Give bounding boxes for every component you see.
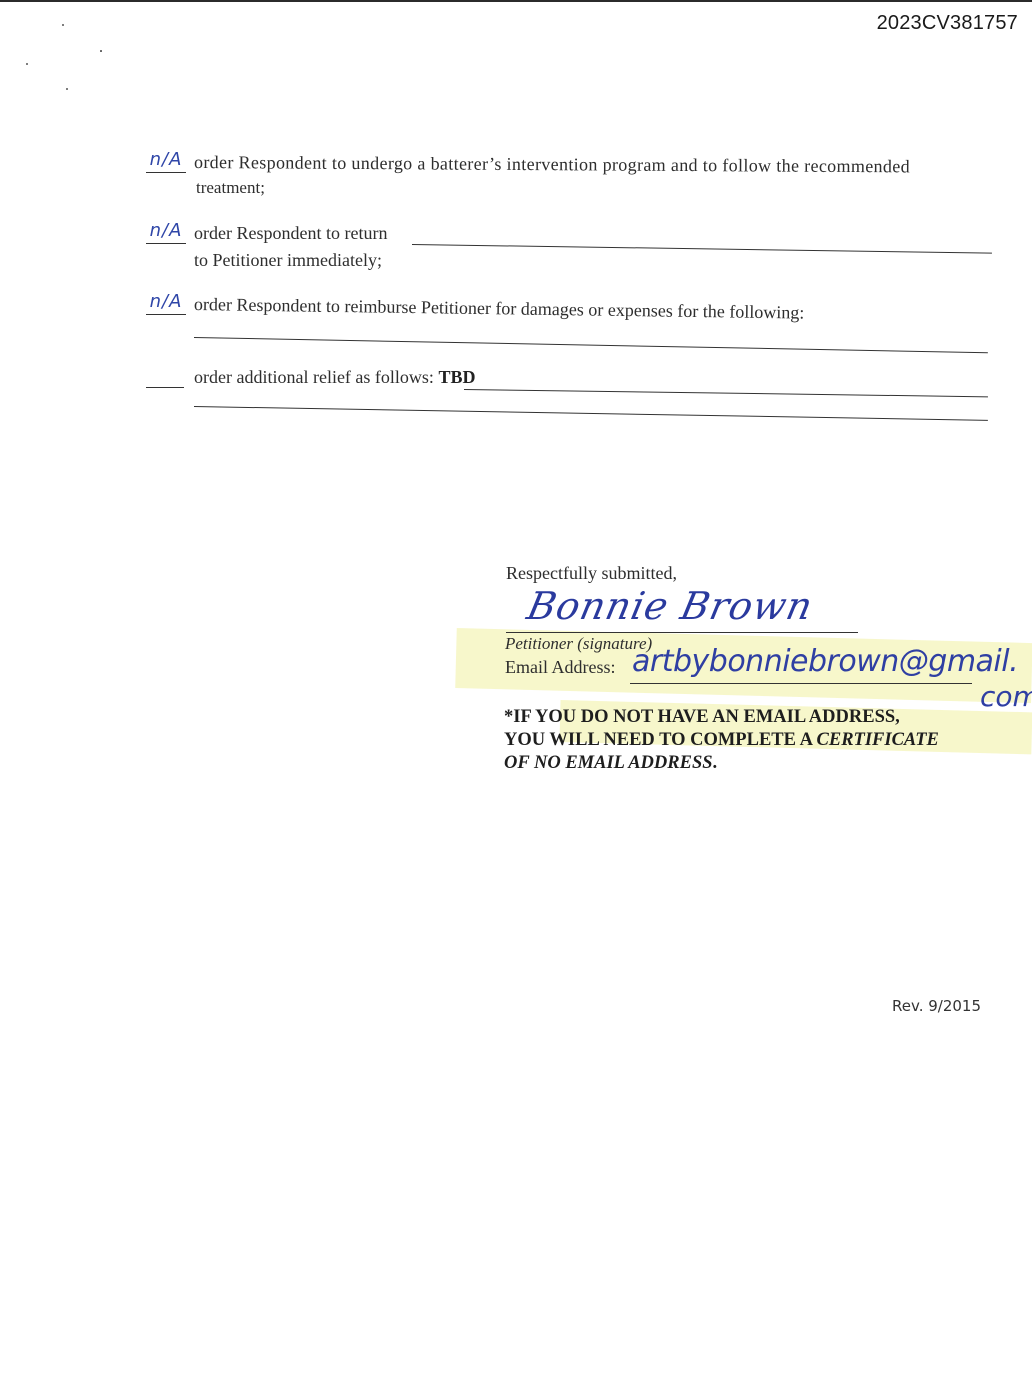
- notice-period: .: [713, 753, 718, 773]
- closing-text: Respectfully submitted,: [506, 563, 677, 584]
- item-text-line1: order additional relief as follows: TBD: [194, 365, 475, 389]
- signature: Bonnie Brown: [523, 584, 817, 628]
- revision-label: Rev. 9/2015: [892, 997, 981, 1015]
- return-item-blank-line: [412, 244, 992, 254]
- email-label: Email Address:: [505, 657, 616, 678]
- signature-line: [506, 632, 858, 633]
- scan-speck: [26, 63, 28, 65]
- additional-relief-line-1: [464, 389, 988, 397]
- notice-line-1: *IF YOU DO NOT HAVE AN EMAIL ADDRESS,: [504, 706, 939, 729]
- additional-relief-value: TBD: [438, 367, 475, 387]
- certificate-title: CERTIFICATE: [817, 730, 939, 750]
- scan-speck: [100, 50, 102, 52]
- email-continuation: com: [980, 680, 1032, 713]
- email-value[interactable]: artbybonniebrown@gmail.: [632, 644, 1018, 679]
- certificate-title-cont: OF NO EMAIL ADDRESS: [504, 753, 713, 773]
- checkbox-mark[interactable]: n/A: [146, 150, 186, 173]
- signature-label: Petitioner (signature): [505, 634, 652, 654]
- additional-relief-label: order additional relief as follows:: [194, 367, 434, 387]
- no-email-notice: *IF YOU DO NOT HAVE AN EMAIL ADDRESS, YO…: [504, 706, 939, 775]
- item-text-line2: to Petitioner immediately;: [194, 248, 382, 272]
- reimburse-blank-line: [194, 337, 988, 353]
- email-line: [630, 683, 972, 684]
- page-top-border: [0, 0, 1032, 2]
- checkbox-blank[interactable]: [146, 365, 184, 388]
- additional-relief-line-2: [194, 406, 988, 421]
- notice-line-3: OF NO EMAIL ADDRESS.: [504, 752, 939, 775]
- notice-line-2-text: YOU WILL NEED TO COMPLETE A: [504, 730, 817, 750]
- case-number: 2023CV381757: [877, 12, 1018, 35]
- item-text-line1: order Respondent to undergo a batterer’s…: [194, 150, 910, 178]
- item-text-line1: order Respondent to reimburse Petitioner…: [194, 292, 805, 325]
- checkbox-mark[interactable]: n/A: [146, 292, 186, 315]
- checkbox-mark[interactable]: n/A: [146, 221, 186, 244]
- item-text-line2: treatment;: [196, 176, 265, 200]
- notice-line-2: YOU WILL NEED TO COMPLETE A CERTIFICATE: [504, 729, 939, 752]
- item-text-line1: order Respondent to return: [194, 221, 387, 245]
- scan-speck: [62, 24, 64, 26]
- scan-speck: [66, 88, 68, 90]
